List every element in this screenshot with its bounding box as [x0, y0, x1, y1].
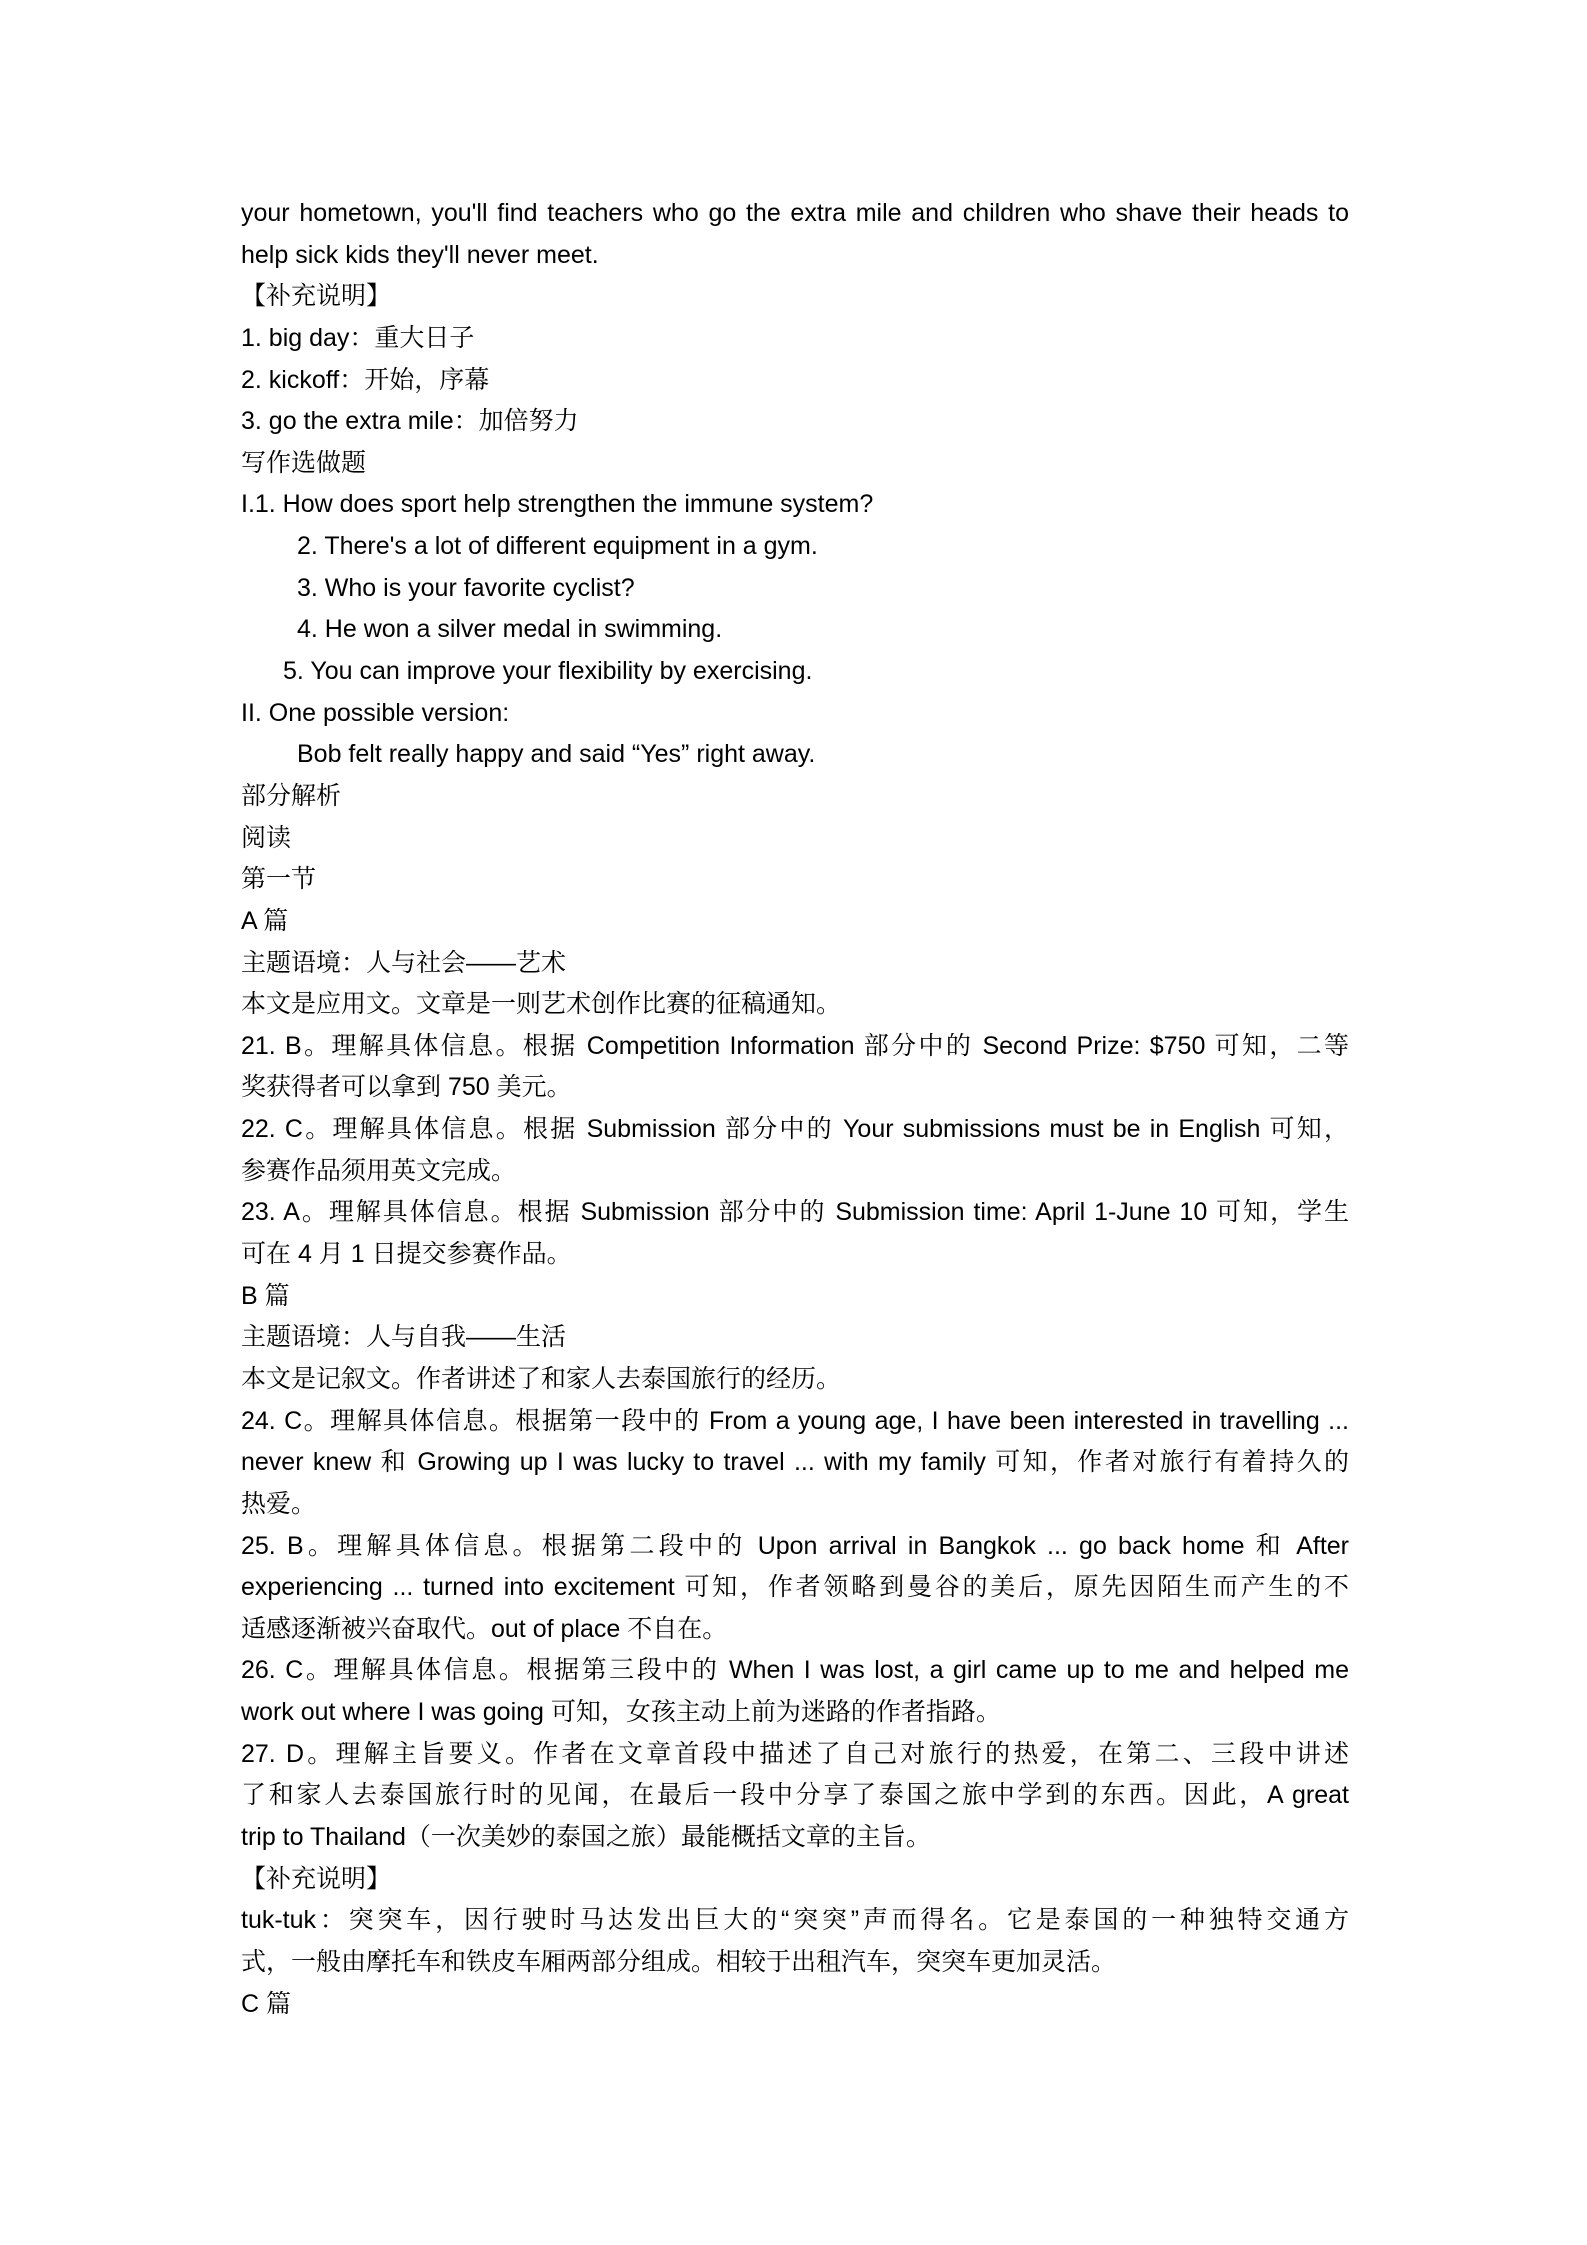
vocab-note-big-day: 1. big day：重大日子 [241, 318, 1349, 360]
answer-24-line-2: never knew 和 Growing up I was lucky to t… [241, 1442, 1349, 1484]
writing-answer-2: 2. There's a lot of different equipment … [241, 526, 1349, 568]
passage-continuation-line-2: help sick kids they'll never meet. [241, 235, 1349, 277]
answer-21-line-2: 奖获得者可以拿到 750 美元。 [241, 1067, 1349, 1109]
answer-26-line-2: work out where I was going 可知，女孩主动上前为迷路的… [241, 1692, 1349, 1734]
answer-24-line-3: 热爱。 [241, 1484, 1349, 1526]
answer-27-line-3: trip to Thailand（一次美妙的泰国之旅）最能概括文章的主旨。 [241, 1817, 1349, 1859]
writing-section-heading: 写作选做题 [241, 443, 1349, 485]
passage-continuation-line-1: your hometown, you'll find teachers who … [241, 193, 1349, 235]
analysis-heading: 部分解析 [241, 776, 1349, 818]
passage-c-heading: C 篇 [241, 1984, 1349, 2026]
answer-21-line-1: 21. B。理解具体信息。根据 Competition Information … [241, 1026, 1349, 1068]
passage-b-heading: B 篇 [241, 1276, 1349, 1318]
answer-23-line-1: 23. A。理解具体信息。根据 Submission 部分中的 Submissi… [241, 1192, 1349, 1234]
passage-b-theme: 主题语境：人与自我——生活 [241, 1317, 1349, 1359]
section-one-heading: 第一节 [241, 859, 1349, 901]
vocab-note-kickoff: 2. kickoff：开始，序幕 [241, 360, 1349, 402]
answer-22-line-2: 参赛作品须用英文完成。 [241, 1151, 1349, 1193]
writing-part-ii-heading: II. One possible version: [241, 693, 1349, 735]
vocab-note-extra-mile: 3. go the extra mile：加倍努力 [241, 401, 1349, 443]
answer-25-line-1: 25. B。理解具体信息。根据第二段中的 Upon arrival in Ban… [241, 1526, 1349, 1568]
supplement-heading: 【补充说明】 [241, 276, 1349, 318]
writing-answer-3: 3. Who is your favorite cyclist? [241, 568, 1349, 610]
writing-answer-1: I.1. How does sport help strengthen the … [241, 484, 1349, 526]
reading-heading: 阅读 [241, 818, 1349, 860]
passage-b-summary: 本文是记叙文。作者讲述了和家人去泰国旅行的经历。 [241, 1359, 1349, 1401]
tuk-tuk-note-line-1: tuk-tuk：突突车，因行驶时马达发出巨大的“突突”声而得名。它是泰国的一种独… [241, 1900, 1349, 1942]
writing-part-ii-answer: Bob felt really happy and said “Yes” rig… [241, 734, 1349, 776]
answer-25-line-3: 适感逐渐被兴奋取代。out of place 不自在。 [241, 1609, 1349, 1651]
answer-27-line-1: 27. D。理解主旨要义。作者在文章首段中描述了自己对旅行的热爱，在第二、三段中… [241, 1734, 1349, 1776]
answer-24-line-1: 24. C。理解具体信息。根据第一段中的 From a young age, I… [241, 1401, 1349, 1443]
passage-a-heading: A 篇 [241, 901, 1349, 943]
answer-27-line-2: 了和家人去泰国旅行时的见闻，在最后一段中分享了泰国之旅中学到的东西。因此，A g… [241, 1775, 1349, 1817]
document-page: your hometown, you'll find teachers who … [241, 193, 1349, 2025]
answer-23-line-2: 可在 4 月 1 日提交参赛作品。 [241, 1234, 1349, 1276]
passage-a-summary: 本文是应用文。文章是一则艺术创作比赛的征稿通知。 [241, 984, 1349, 1026]
tuk-tuk-note-line-2: 式，一般由摩托车和铁皮车厢两部分组成。相较于出租汽车，突突车更加灵活。 [241, 1942, 1349, 1984]
answer-22-line-1: 22. C。理解具体信息。根据 Submission 部分中的 Your sub… [241, 1109, 1349, 1151]
passage-a-theme: 主题语境：人与社会——艺术 [241, 943, 1349, 985]
answer-26-line-1: 26. C。理解具体信息。根据第三段中的 When I was lost, a … [241, 1650, 1349, 1692]
writing-answer-5: 5. You can improve your flexibility by e… [241, 651, 1349, 693]
writing-answer-4: 4. He won a silver medal in swimming. [241, 609, 1349, 651]
answer-25-line-2: experiencing ... turned into excitement … [241, 1567, 1349, 1609]
supplement-heading-2: 【补充说明】 [241, 1859, 1349, 1901]
